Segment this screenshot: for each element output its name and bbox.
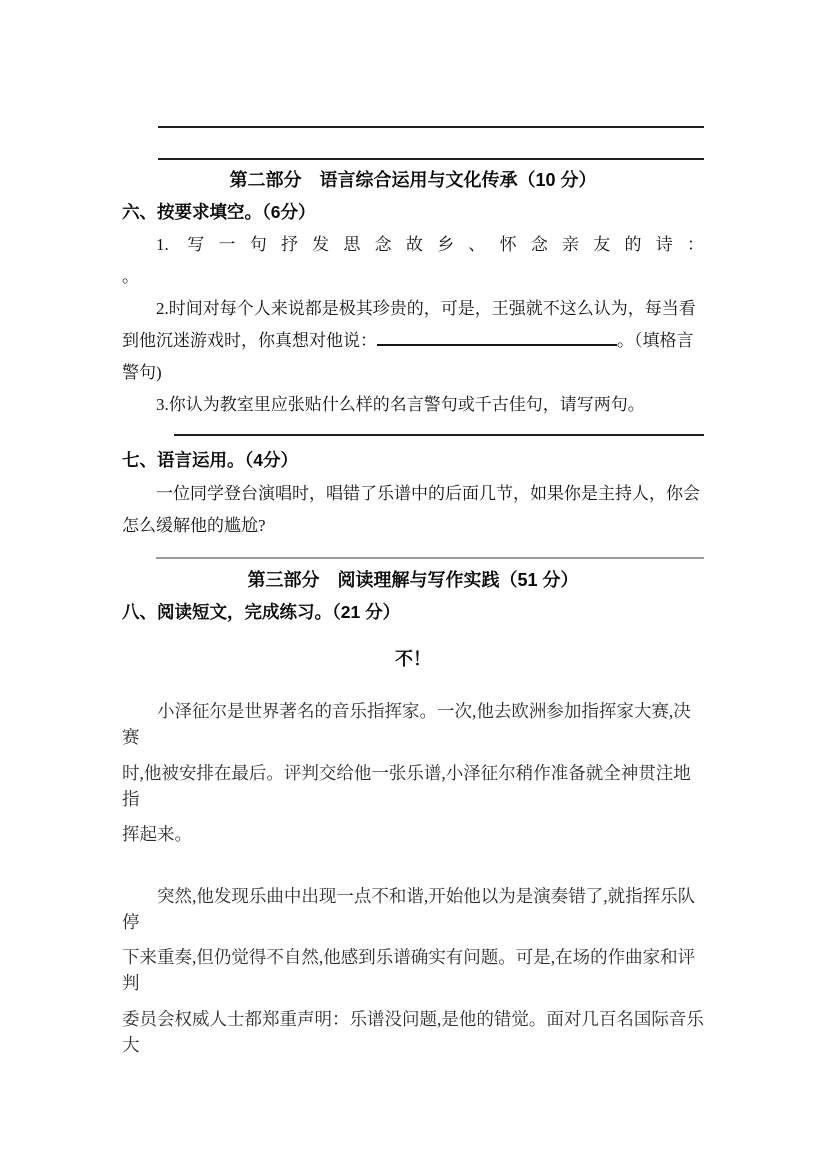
q6-item2-line2-tail: 。（填格言: [617, 331, 694, 350]
answer-blank-rule-top-1: [158, 126, 704, 128]
q6-item1-period: 。: [122, 261, 704, 293]
question-six-title: 六、按要求填空。（6分）: [122, 200, 704, 224]
essay-body: 小泽征尔是世界著名的音乐指挥家。一次,他去欧洲参加指挥家大赛,决赛 时,他被安排…: [122, 698, 704, 1067]
q7-line2: 怎么缓解他的尴尬?: [122, 510, 704, 542]
essay-title: 不！: [122, 646, 704, 672]
question-seven-title: 七、语言运用。（4分）: [122, 448, 704, 472]
q6-item2-line2: 到他沉迷游戏时，你真想对他说：。（填格言: [122, 325, 704, 357]
question-eight-title: 八、阅读短文，完成练习。（21 分）: [122, 600, 704, 624]
page-content: 第二部分 语言综合运用与文化传承（10 分） 六、按要求填空。（6分） 1. 写…: [122, 126, 704, 1067]
answer-blank-rule-mid: [174, 434, 704, 436]
essay-line: 挥起来。: [122, 821, 704, 883]
answer-blank-underline: [377, 326, 617, 346]
essay-line: 时,他被安排在最后。评判交给他一张乐谱,小泽征尔稍作准备就全神贯注地指: [122, 760, 704, 822]
essay-line: 委员会权威人士都郑重声明：乐谱没问题,是他的错觉。面对几百名国际音乐大: [122, 1006, 704, 1068]
essay-line: 突然,他发现乐曲中出现一点不和谐,开始他以为是演奏错了,就指挥乐队停: [122, 883, 704, 945]
q6-item1-line: 1. 写一句抒发思念故乡、怀念亲友的诗：: [122, 229, 704, 261]
exam-paper-page: 第二部分 语言综合运用与文化传承（10 分） 六、按要求填空。（6分） 1. 写…: [0, 0, 826, 1169]
part2-heading: 第二部分 语言综合运用与文化传承（10 分）: [122, 168, 704, 192]
essay-line: 小泽征尔是世界著名的音乐指挥家。一次,他去欧洲参加指挥家大赛,决赛: [122, 698, 704, 760]
part3-heading: 第三部分 阅读理解与写作实践（51 分）: [122, 568, 704, 592]
q7-body: 一位同学登台演唱时，唱错了乐谱中的后面几节，如果你是主持人，你会 怎么缓解他的尴…: [122, 478, 704, 542]
answer-blank-rule-top-2: [158, 158, 704, 160]
q6-item2-line2-text: 到他沉迷游戏时，你真想对他说：: [122, 331, 377, 350]
essay-line: 下来重奏,但仍觉得不自然,他感到乐谱确实有问题。可是,在场的作曲家和评判: [122, 944, 704, 1006]
q7-line1: 一位同学登台演唱时，唱错了乐谱中的后面几节，如果你是主持人，你会: [122, 478, 704, 510]
q6-item3: 3.你认为教室里应张贴什么样的名言警句或千古佳句，请写两句。: [122, 389, 704, 421]
section-divider-rule: [156, 557, 704, 559]
q6-item2-line3: 警句): [122, 357, 704, 389]
q6-item2-line1: 2.时间对每个人来说都是极其珍贵的，可是，王强就不这么认为，每当看: [122, 293, 704, 325]
q6-item2: 2.时间对每个人来说都是极其珍贵的，可是，王强就不这么认为，每当看 到他沉迷游戏…: [122, 293, 704, 389]
